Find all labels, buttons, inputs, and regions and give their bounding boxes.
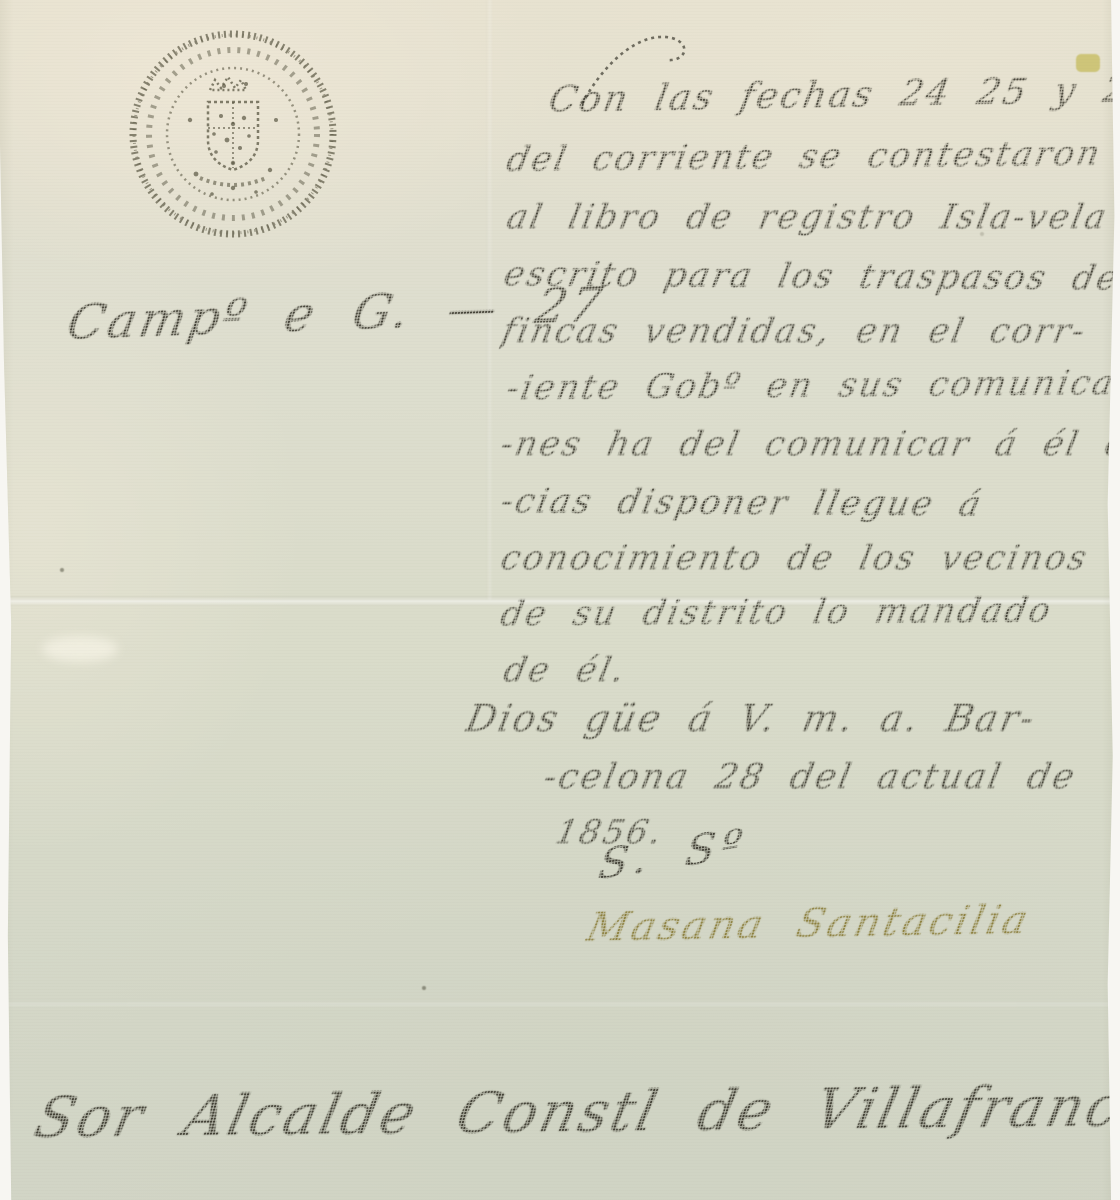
letter-line: de él. <box>500 650 631 690</box>
ink-fleck <box>980 232 984 236</box>
official-seal-icon <box>126 28 340 242</box>
signature: Masana Santacilia <box>582 897 1036 951</box>
ink-flourish <box>560 18 710 108</box>
letter-line: fincas vendidas, en el corr- <box>498 311 1091 351</box>
paper-sheet: Campº e G. — 27 Con las fechas 24 25 y 2… <box>0 0 1120 1200</box>
fold-crease-horizontal <box>0 1000 1120 1008</box>
letter-line: al libro de registro Isla-vela <box>503 197 1113 237</box>
letter-line: -iente Gobº en sus comunica- <box>503 363 1120 408</box>
letter-line: conocimiento de los vecinos <box>497 538 1093 578</box>
ink-fleck <box>422 986 426 990</box>
letter-line: Con las fechas 24 25 y 26 <box>545 69 1120 121</box>
closing-line: Dios güe á V. m. a. Bar- <box>462 697 1041 740</box>
letter-line: del corriente se contestaron <box>503 134 1106 180</box>
recipient-address-line: Sor Alcalde Constl de Villafranca <box>28 1074 1120 1151</box>
letter-line: escrito para los traspasos de <box>500 254 1120 298</box>
closing-line: -celona 28 del actual de <box>540 757 1081 797</box>
letter-line: -nes ha del comunicar á él en <box>497 424 1120 464</box>
scanned-letter-page: Campº e G. — 27 Con las fechas 24 25 y 2… <box>0 0 1120 1200</box>
letter-line: de su distrito lo mandado <box>497 590 1057 634</box>
margin-annotation: Campº e G. — 27 <box>62 276 610 351</box>
letter-line: -cias disponer llegue á <box>497 481 987 524</box>
fold-crease-vertical <box>486 0 493 600</box>
date-line: 1856. <box>552 812 668 851</box>
signature-rubric: S. Sº <box>596 818 751 889</box>
fold-crease-horizontal <box>0 596 1120 606</box>
stain-mark <box>1076 54 1100 72</box>
paper-blemish <box>42 636 118 662</box>
ink-fleck <box>60 568 64 572</box>
